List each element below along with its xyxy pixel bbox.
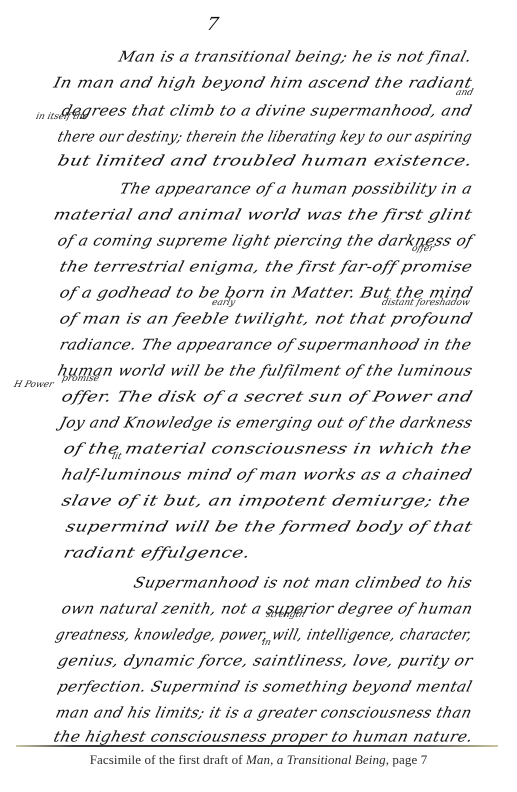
interlinear-insertion: distant foreshadow	[381, 298, 471, 308]
interlinear-insertion: and	[455, 88, 474, 98]
manuscript-line: half-luminous mind of man works as a cha…	[60, 466, 474, 483]
margin-note: H Power	[13, 380, 55, 390]
interlinear-insertion: strength	[265, 610, 306, 620]
manuscript-page: 7 Man is a transitional being; he is not…	[0, 0, 517, 792]
caption-divider	[16, 745, 498, 747]
margin-note: in itself the	[35, 112, 89, 122]
caption-suffix: , page 7	[386, 752, 428, 767]
manuscript-line: Supermanhood is not man climbed to his	[132, 574, 474, 591]
manuscript-line: there our destiny; therein the liberatin…	[56, 128, 474, 145]
caption-prefix: Facsimile of the first draft of	[90, 752, 246, 767]
manuscript-line: supermind will be the formed body of tha…	[64, 518, 475, 535]
manuscript-line: radiant effulgence.	[62, 544, 252, 561]
manuscript-line: radiance. The appearance of supermanhood…	[58, 336, 474, 353]
manuscript-line: genius, dynamic force, saintliness, love…	[56, 652, 475, 669]
interlinear-insertion: lit	[111, 452, 123, 462]
manuscript-line: human world will be the fulfilment of th…	[56, 362, 475, 379]
manuscript-line: The appearance of a human possibility in…	[118, 180, 474, 197]
page-number: 7	[205, 14, 220, 35]
manuscript-line: Joy and Knowledge is emerging out of the…	[58, 414, 475, 431]
manuscript-line: the terrestrial enigma, the first far-of…	[58, 258, 475, 275]
manuscript-line: material and animal world was the first …	[52, 206, 474, 223]
interlinear-insertion: offer	[411, 244, 435, 254]
manuscript-line: man and his limits; it is a greater cons…	[54, 704, 474, 721]
manuscript-line: offer. The disk of a secret sun of Power…	[60, 388, 475, 405]
manuscript-line: degrees that climb to a divine supermanh…	[60, 102, 474, 119]
interlinear-insertion: promise	[61, 374, 100, 384]
manuscript-line: but limited and troubled human existence…	[56, 152, 474, 169]
manuscript-line: In man and high beyond him ascend the ra…	[52, 74, 474, 91]
manuscript-line: of the material consciousness in which t…	[62, 440, 474, 457]
interlinear-insertion: in	[261, 638, 272, 648]
facsimile-caption: Facsimile of the first draft of Man, a T…	[0, 752, 517, 768]
manuscript-line: perfection. Supermind is something beyon…	[56, 678, 474, 695]
manuscript-line: Man is a transitional being; he is not f…	[117, 48, 474, 65]
caption-title: Man, a Transitional Being	[246, 752, 386, 767]
manuscript-line: of man is an feeble twilight, not that p…	[58, 310, 475, 327]
interlinear-insertion: early	[211, 298, 236, 308]
manuscript-line: the highest consciousness proper to huma…	[52, 728, 475, 745]
manuscript-line: slave of it but, an impotent demiurge; t…	[60, 492, 472, 509]
